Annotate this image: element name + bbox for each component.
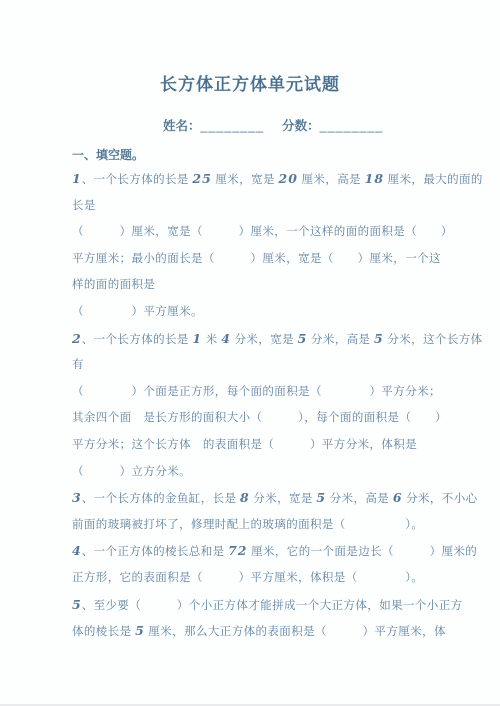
- question-line: 1、一个长方体的长是 25 厘米，宽是 20 厘米，高是 18 厘米，最大的面的: [72, 166, 434, 193]
- section-heading: 一、填空题。: [72, 146, 144, 163]
- question-number: 1: [72, 171, 82, 186]
- score-label: 分数：: [282, 119, 320, 133]
- question-number: 20: [279, 171, 298, 186]
- question-number: 3: [72, 490, 82, 505]
- question-line: 平方厘米；最小的面长是（ ）厘米，宽是（ ）厘米，一个这: [72, 246, 434, 273]
- question-number: 8: [240, 490, 250, 505]
- question-number: 2: [72, 331, 82, 346]
- question-line: 正方形，它的表面积是（ ）平方厘米，体积是（ ）。: [72, 565, 434, 592]
- question-line: 4、一个正方体的棱长总和是 72 厘米，它的一个面是边长（ ）厘米的: [72, 538, 434, 565]
- question-number: 4: [72, 543, 82, 558]
- question-line: （ ）个面是正方形，每个面的面积是（ ）平方分米；: [72, 379, 434, 406]
- question-line: 5、至少要（ ）个小正方体才能拼成一个大正方体，如果一个小正方: [72, 592, 434, 619]
- question-line: 有: [72, 352, 434, 379]
- question-line: 长是: [72, 193, 434, 220]
- question-line: 体的棱长是 5 厘米，那么大正方体的表面积是（ ）平方厘米，体: [72, 618, 434, 645]
- question-number: 5: [374, 331, 384, 346]
- question-line: 2、一个长方体的长是 1 米 4 分米，宽是 5 分米，高是 5 分米，这个长方…: [72, 326, 434, 353]
- question-line: 样的面的面积是: [72, 272, 434, 299]
- page-title: 长方体正方体单元试题: [0, 70, 500, 95]
- name-score-row: 姓名：________分数：________: [163, 116, 383, 134]
- question-line: 平方分米；这个长方体 的表面积是（ ）平方分米，体积是: [72, 432, 434, 459]
- question-number: 5: [135, 623, 145, 638]
- question-line: （ ）立方分米。: [72, 459, 434, 486]
- question-line: 3、一个长方体的金鱼缸，长是 8 分米，宽是 5 分米，高是 6 分米，不小心: [72, 485, 434, 512]
- question-lines: 1、一个长方体的长是 25 厘米，宽是 20 厘米，高是 18 厘米，最大的面的…: [72, 166, 434, 645]
- question-number: 5: [72, 597, 82, 612]
- name-label: 姓名：: [163, 119, 201, 133]
- question-number: 5: [316, 490, 326, 505]
- document-page: 长方体正方体单元试题 姓名：________分数：________ 一、填空题。…: [0, 0, 500, 706]
- question-number: 18: [365, 171, 384, 186]
- question-number: 1: [192, 331, 202, 346]
- question-number: 5: [298, 331, 308, 346]
- question-number: 6: [393, 490, 403, 505]
- question-number: 25: [192, 171, 211, 186]
- question-number: 4: [221, 331, 231, 346]
- question-line: （ ）平方厘米。: [72, 299, 434, 326]
- name-blank: ________: [201, 119, 265, 133]
- question-line: （ ）厘米，宽是（ ）厘米，一个这样的面的面积是（ ）: [72, 219, 434, 246]
- score-blank: ________: [320, 119, 384, 133]
- question-line: 其余四个面 是长方形的面积大小（ ），每个面的面积是（ ）: [72, 405, 434, 432]
- question-line: 前面的玻璃被打坏了，修理时配上的玻璃的面积是（ ）。: [72, 512, 434, 539]
- question-number: 72: [228, 543, 247, 558]
